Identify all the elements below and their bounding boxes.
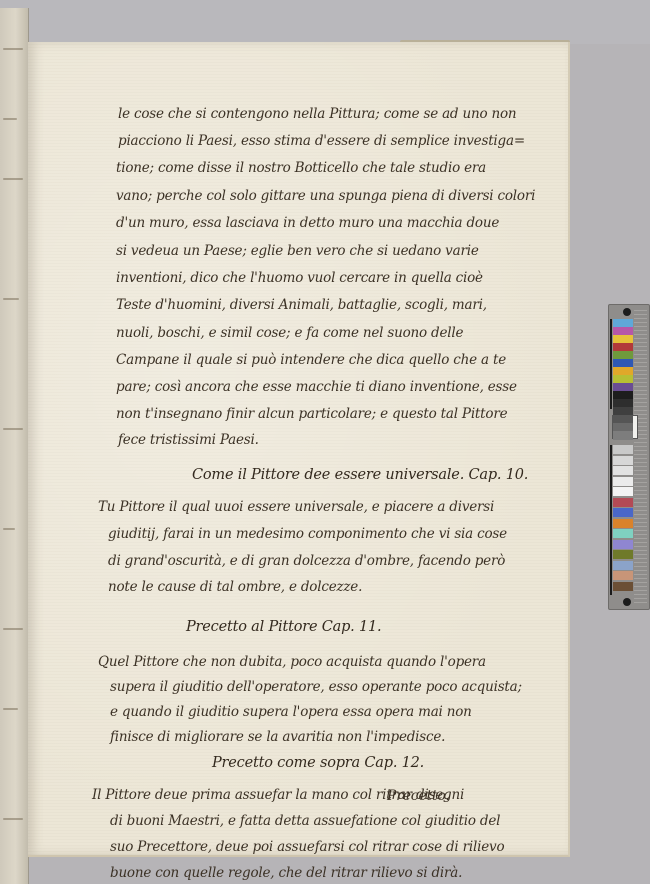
text-line: inventioni, dico che l'huomo vuol cercar… — [116, 270, 483, 286]
text-line: vano; perche col solo gittare una spunga… — [116, 188, 535, 204]
text-line: Campane il quale si può intendere che di… — [116, 352, 506, 368]
color-swatch — [613, 529, 633, 538]
color-swatch — [613, 571, 633, 580]
margin-ink-mark — [3, 298, 19, 300]
text-line: giuditij, farai in un medesimo componime… — [108, 526, 507, 542]
page-text: le cose che si contengono nella Pittura;… — [28, 42, 568, 855]
color-swatch — [613, 540, 633, 549]
text-line: di grand'oscurità, e di gran dolcezza d'… — [108, 553, 505, 569]
chart-register-bar — [610, 445, 612, 595]
manuscript-page: le cose che si contengono nella Pittura;… — [28, 42, 570, 857]
chart-scale-marks — [634, 309, 647, 603]
color-swatch — [613, 487, 633, 496]
color-swatch — [613, 561, 633, 570]
text-line: non t'insegnano finir alcun particolare;… — [116, 406, 507, 422]
text-line: note le cause di tal ombre, e dolcezze. — [108, 579, 362, 595]
color-swatch — [613, 550, 633, 559]
margin-ink-mark — [3, 628, 23, 630]
color-swatch — [613, 519, 633, 528]
catchword: Precetto. — [387, 788, 450, 804]
color-swatch — [613, 466, 633, 475]
text-line: di buoni Maestri, e fatta detta assuefat… — [110, 813, 500, 829]
text-line: piacciono li Paesi, esso stima d'essere … — [118, 133, 525, 149]
chapter-heading: Precetto al Pittore Cap. 11. — [186, 619, 381, 635]
color-swatch — [613, 508, 633, 517]
text-line: Tu Pittore il qual uuoi essere universal… — [98, 499, 494, 515]
text-line: e quando il giuditio supera l'opera essa… — [110, 704, 472, 720]
text-line: d'un muro, essa lasciava in detto muro u… — [116, 215, 499, 231]
margin-ink-mark — [3, 708, 18, 710]
text-line: si vedeua un Paese; eglie ben vero che s… — [116, 243, 479, 259]
color-swatch — [613, 445, 633, 454]
margin-ink-mark — [3, 818, 23, 820]
text-line: le cose che si contengono nella Pittura;… — [118, 106, 516, 122]
text-line: suo Precettore, deue poi assuefarsi col … — [110, 839, 504, 855]
margin-ink-mark — [3, 118, 17, 120]
text-line: Quel Pittore che non dubita, poco acquis… — [98, 654, 486, 670]
color-swatch — [613, 431, 633, 440]
text-line: finisce di migliorare se la avaritia non… — [110, 729, 445, 745]
chapter-heading: Come il Pittore dee essere universale. C… — [192, 467, 528, 483]
text-line: pare; così ancora che esse macchie ti di… — [116, 379, 517, 395]
previous-leaf-edge — [0, 8, 29, 884]
margin-ink-mark — [3, 528, 15, 530]
text-line: supera il giuditio dell'operatore, esso … — [110, 679, 522, 695]
chapter-heading: Precetto come sopra Cap. 12. — [212, 755, 424, 771]
color-calibration-chart: ▮▮▮ — [608, 304, 650, 610]
color-swatch — [613, 582, 633, 591]
text-line: buone con quelle regole, che del ritrar … — [110, 865, 462, 881]
chart-hole — [623, 308, 631, 316]
text-line: fece tristissimi Paesi. — [118, 432, 259, 448]
text-line: nuoli, boschi, e simil cose; e fa come n… — [116, 325, 463, 341]
margin-ink-mark — [3, 48, 23, 50]
text-line: Teste d'huomini, diversi Animali, battag… — [116, 297, 487, 313]
chart-register-bar — [610, 319, 612, 409]
margin-ink-mark — [3, 428, 23, 430]
text-line: tione; come disse il nostro Botticello c… — [116, 160, 486, 176]
color-swatch — [613, 477, 633, 486]
scan-backdrop — [0, 0, 650, 44]
chart-hole — [623, 598, 631, 606]
color-swatch — [613, 498, 633, 507]
color-swatch — [613, 456, 633, 465]
margin-ink-mark — [3, 178, 23, 180]
